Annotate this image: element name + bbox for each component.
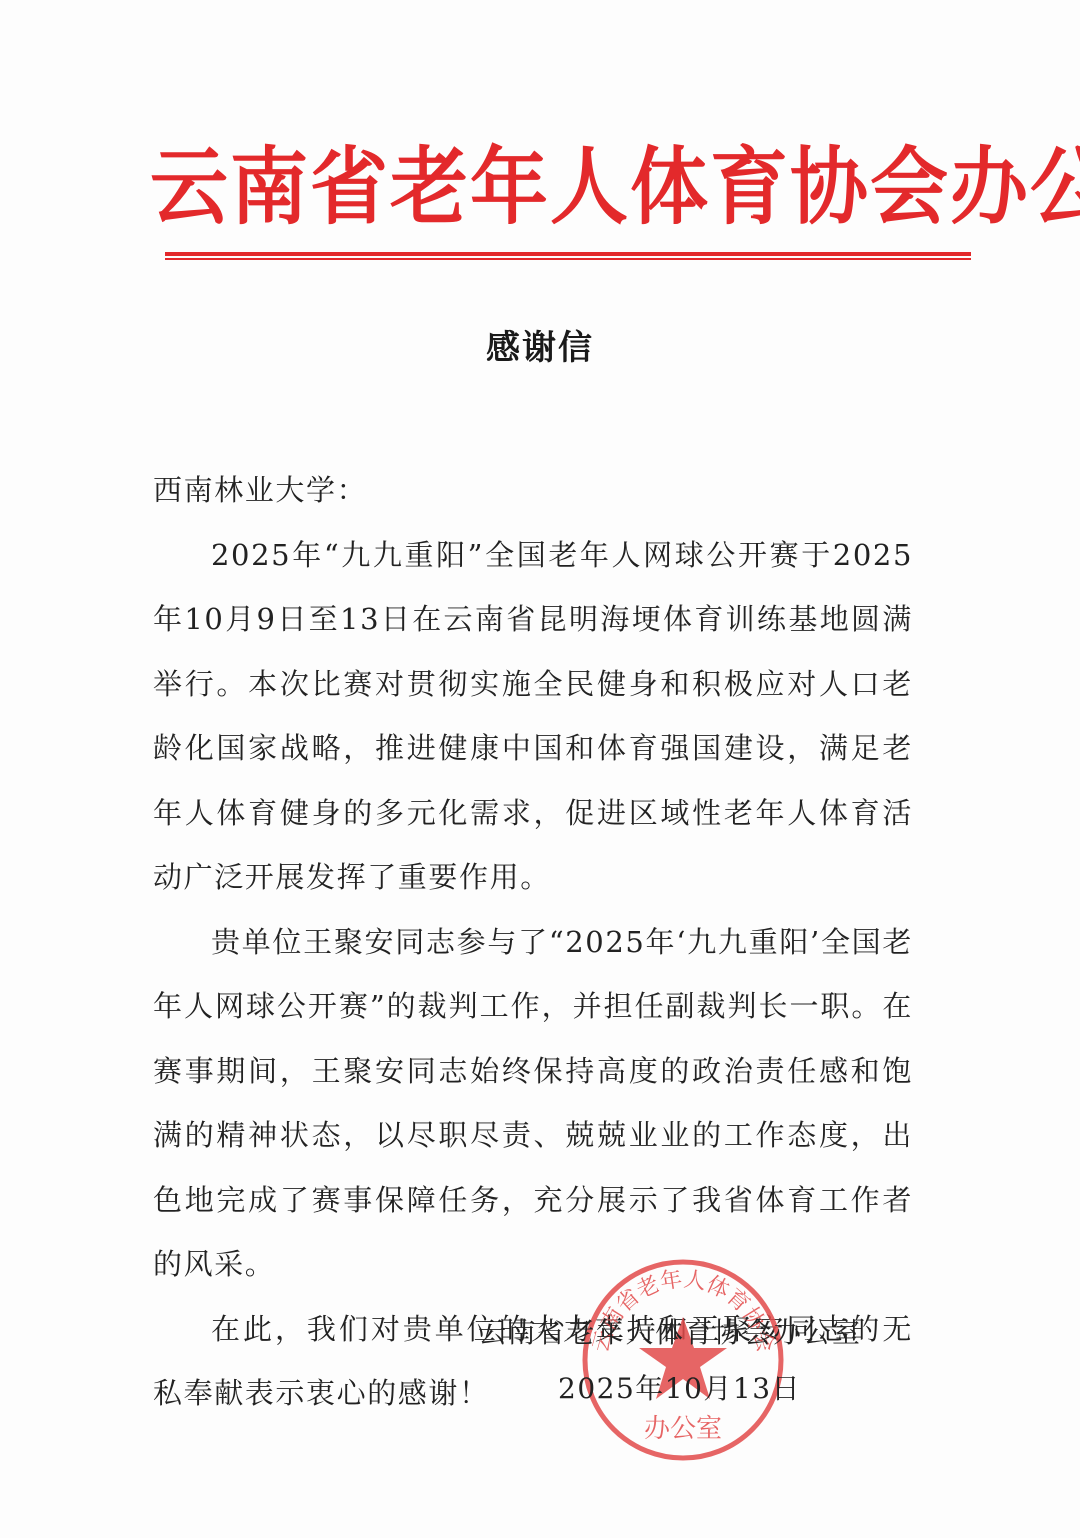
paragraph-2: 贵单位王聚安同志参与了“2025年‘九九重阳’全国老年人网球公开赛”的裁判工作，… — [153, 910, 913, 1297]
letterhead-rule-thick — [165, 252, 971, 256]
letterhead-rule-thin — [165, 258, 971, 260]
signature-date: 2025年10月13日 — [478, 1361, 858, 1417]
signature-organization: 云南省老年人体育协会办公室 — [478, 1305, 858, 1361]
letter-page: 云南省老年人体育协会办公室 感谢信 西南林业大学： 2025年“九九重阳”全国老… — [0, 0, 1080, 1538]
signature-block: 云南省老年人体育协会办公室 2025年10月13日 — [478, 1305, 858, 1417]
seal-bottom-text: 办公室 — [644, 1414, 722, 1444]
salutation: 西南林业大学： — [153, 458, 913, 523]
letter-body: 西南林业大学： 2025年“九九重阳”全国老年人网球公开赛于2025年10月9日… — [153, 458, 913, 1426]
document-title: 感谢信 — [0, 320, 1080, 369]
letterhead-title: 云南省老年人体育协会办公室 — [150, 123, 980, 253]
paragraph-1: 2025年“九九重阳”全国老年人网球公开赛于2025年10月9日至13日在云南省… — [153, 523, 913, 910]
